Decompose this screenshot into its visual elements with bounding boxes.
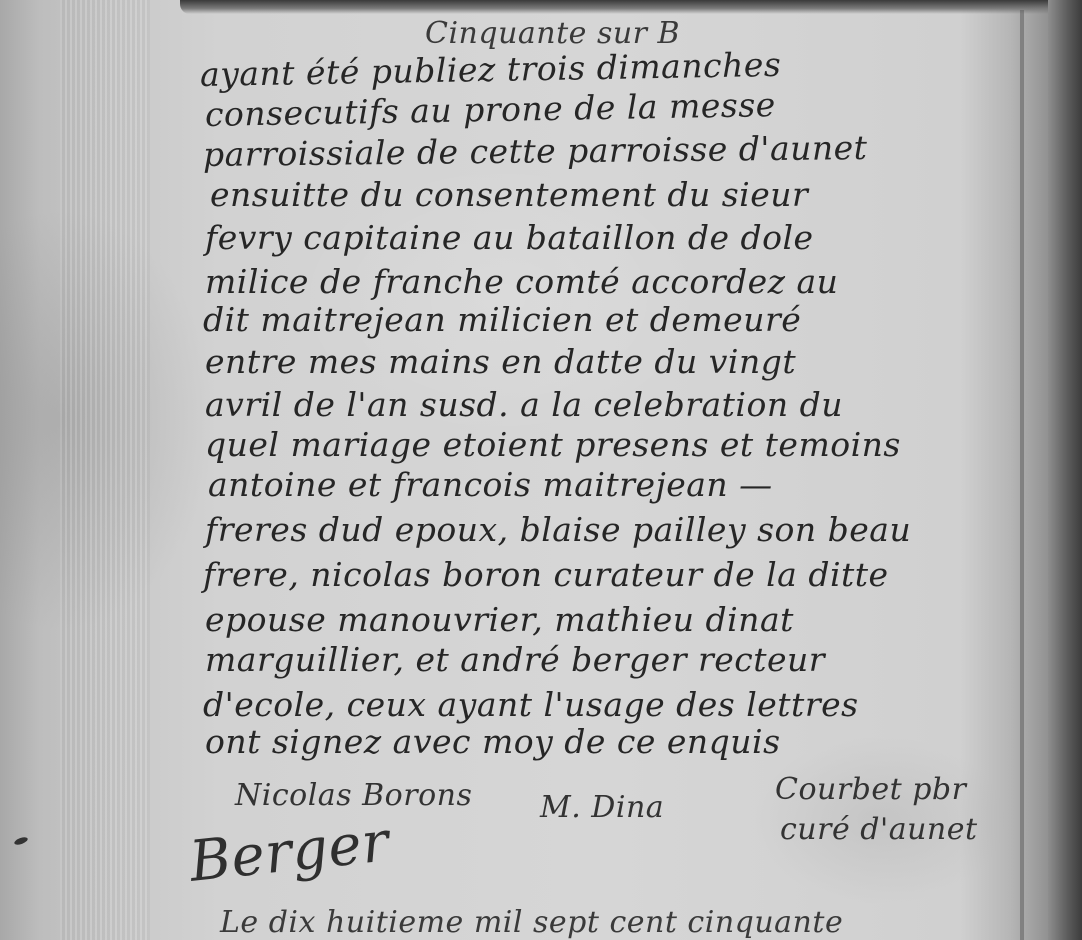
- signature-courbet: Courbet pbr: [775, 772, 966, 807]
- text-line-14: epouse manouvrier, mathieu dinat: [205, 600, 794, 639]
- text-line-15: marguillier, et andré berger recteur: [205, 640, 825, 679]
- binding-edge: [1048, 0, 1082, 940]
- text-line-10: quel mariage etoient presens et temoins: [205, 425, 901, 464]
- text-line-16: d'ecole, ceux ayant l'usage des lettres: [203, 685, 859, 724]
- text-line-12: freres dud epoux, blaise pailley son bea…: [205, 510, 911, 549]
- document-page: Cinquante sur B ayant été publiez trois …: [0, 0, 1082, 940]
- text-line-4: ensuitte du consentement du sieur: [210, 175, 808, 214]
- next-entry-partial-line: Le dix huitieme mil sept cent cinquante: [220, 905, 843, 940]
- entry-heading: Cinquante sur B: [425, 16, 680, 51]
- text-line-8: entre mes mains en datte du vingt: [205, 342, 796, 381]
- text-line-11: antoine et francois maitrejean —: [208, 465, 773, 504]
- text-line-7: dit maitrejean milicien et demeuré: [203, 300, 801, 339]
- signature-dina: M. Dina: [540, 790, 664, 825]
- text-line-5: fevry capitaine au bataillon de dole: [205, 218, 814, 257]
- text-line-6: milice de franche comté accordez au: [205, 262, 838, 301]
- signature-nicolas-borons: Nicolas Borons: [235, 778, 472, 813]
- text-line-3: parroissiale de cette parroisse d'aunet: [203, 128, 868, 174]
- signature-cure-title: curé d'aunet: [780, 812, 978, 847]
- margin-ink-mark: [13, 836, 28, 846]
- page-right-edge-line: [1020, 10, 1024, 940]
- page-gutter: [60, 0, 150, 940]
- signature-berger: Berger: [187, 809, 393, 895]
- text-line-13: frere, nicolas boron curateur de la ditt…: [203, 555, 889, 594]
- text-line-9: avril de l'an susd. a la celebration du: [205, 385, 843, 424]
- page-top-shadow: [180, 0, 1082, 14]
- text-line-17: ont signez avec moy de ce enquis: [205, 722, 781, 761]
